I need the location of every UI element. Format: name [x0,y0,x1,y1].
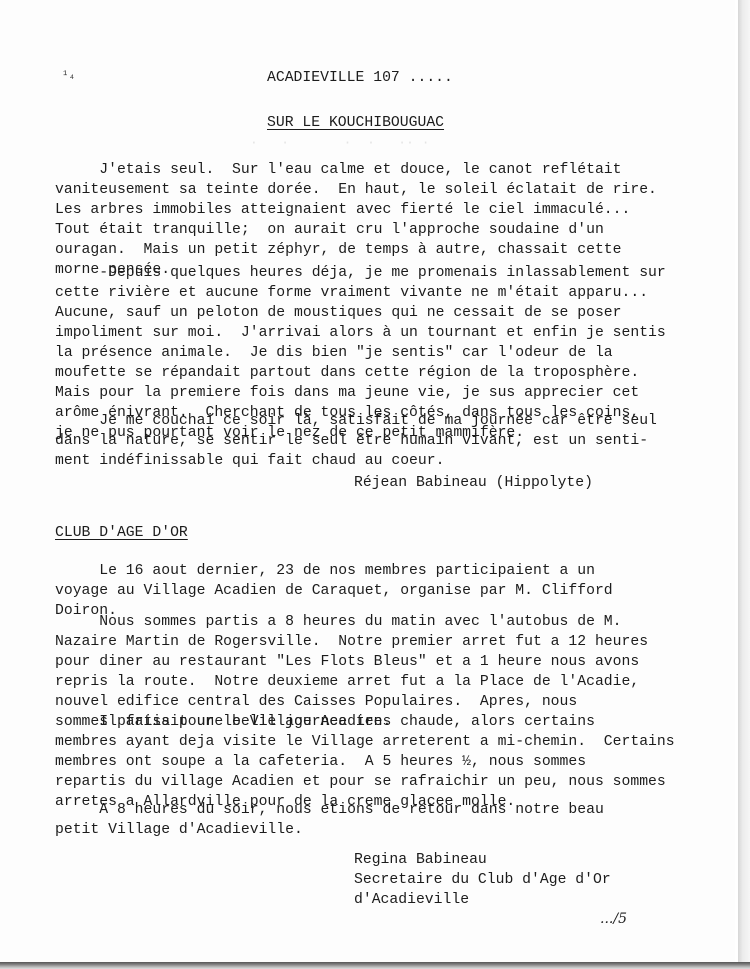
text-line: Le 16 aout dernier, 23 de nos membres pa… [55,561,613,581]
page-continuation-marker: .../5 [600,911,627,927]
text-line: -Depuis quelques heures déja, je me prom… [55,263,666,283]
text-line: Nous sommes partis a 8 heures du matin a… [55,612,648,632]
text-line: membres ont soupe a la cafeteria. A 5 he… [55,752,675,772]
text-line: pour diner au restaurant "Les Flots Bleu… [55,652,648,672]
text-line: ouragan. Mais un petit zéphyr, de temps … [55,240,657,260]
document-page: · ·· · · · · ¹₄ ACADIEVILLE 107 ..... SU… [0,0,735,962]
text-line: petit Village d'Acadieville. [55,820,604,840]
newsletter-header: ACADIEVILLE 107 ..... [267,68,453,88]
article2-paragraph-4: A 8 heures du soir, nous etions de retou… [55,800,604,840]
article2-signature: Regina Babineau Secretaire du Club d'Age… [354,850,611,910]
paper-bottom-edge [0,962,750,969]
text-line: repris la route. Notre deuxieme arret fu… [55,672,648,692]
paper-right-edge [738,0,750,969]
text-line: voyage au Village Acadien de Caraquet, o… [55,581,613,601]
signature-role: Secretaire du Club d'Age d'Or [354,870,611,890]
text-line: Les arbres immobiles atteignaient avec f… [55,200,657,220]
article2-paragraph-3: Il faisait une belle journee tres chaude… [55,712,675,812]
text-line: Aucune, sauf un peloton de moustiques qu… [55,303,666,323]
text-line: cette rivière et aucune forme vraiment v… [55,283,666,303]
signature-place: d'Acadieville [354,890,611,910]
article-title-kouchibouguac: SUR LE KOUCHIBOUGUAC [267,113,444,133]
text-line: repartis du village Acadien et pour se r… [55,772,675,792]
text-line: Mais pour la premiere fois dans ma jeune… [55,383,666,403]
section-title-club-age-dor: CLUB D'AGE D'OR [55,523,188,543]
text-line: ment indéfinissable qui fait chaud au co… [55,451,657,471]
text-line: la présence animale. Je dis bien "je sen… [55,343,666,363]
text-line: moufette se répandait partout dans cette… [55,363,666,383]
bleed-through-text: · ·· · · · · [250,135,429,150]
text-line: nouvel edifice central des Caisses Popul… [55,692,648,712]
article1-paragraph-1: J'etais seul. Sur l'eau calme et douce, … [55,160,657,280]
page-corner-mark: ¹₄ [62,70,75,82]
text-line: vaniteusement sa teinte dorée. En haut, … [55,180,657,200]
text-line: Nazaire Martin de Rogersville. Notre pre… [55,632,648,652]
signature-name: Regina Babineau [354,850,611,870]
article1-paragraph-3: Je me couchai ce soir là, satisfait de m… [55,411,657,471]
text-line: J'etais seul. Sur l'eau calme et douce, … [55,160,657,180]
text-line: Il faisait une belle journee tres chaude… [55,712,675,732]
text-line: impoliment sur moi. J'arrivai alors à un… [55,323,666,343]
text-line: Tout était tranquille; on aurait cru l'a… [55,220,657,240]
text-line: membres ayant deja visite le Village arr… [55,732,675,752]
article1-signature: Réjean Babineau (Hippolyte) [354,473,593,493]
text-line: A 8 heures du soir, nous etions de retou… [55,800,604,820]
text-line: Je me couchai ce soir là, satisfait de m… [55,411,657,431]
text-line: dans la nature, se sentir le seul être h… [55,431,657,451]
